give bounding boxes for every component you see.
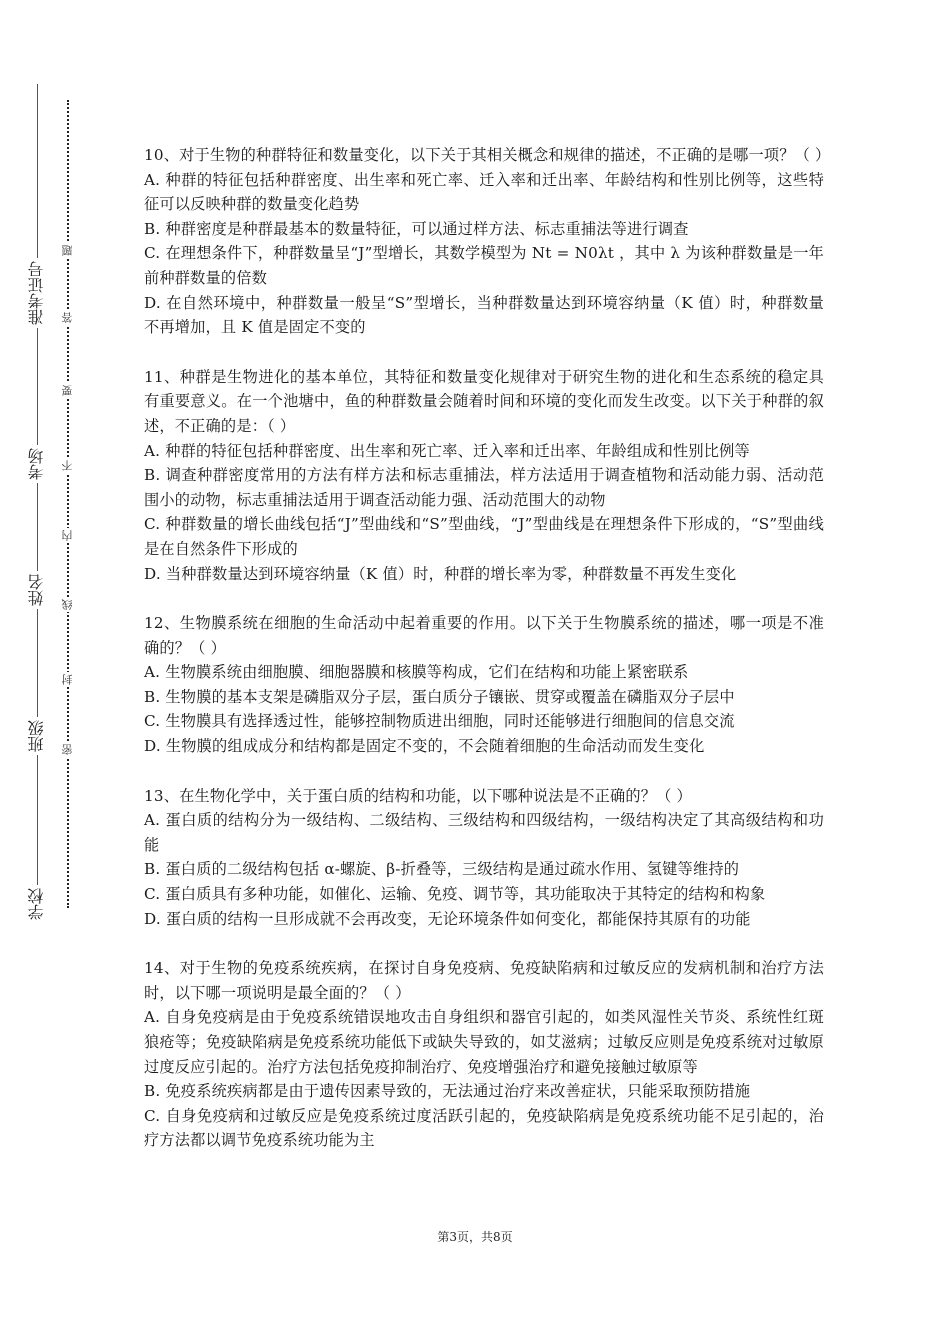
seal-char: 不 — [60, 458, 76, 473]
seal-char: 题 — [60, 243, 76, 258]
option-c: C. 生物膜具有选择透过性，能够控制物质进出细胞，同时还能够进行细胞间的信息交流 — [144, 709, 824, 734]
seal-char: 答 — [60, 310, 76, 325]
question-11: 11、种群是生物进化的基本单位，其特征和数量变化规律对于研究生物的进化和生态系统… — [144, 365, 824, 586]
option-b: B. 种群密度是种群最基本的数量特征，可以通过样方法、标志重捕法等进行调查 — [144, 217, 824, 242]
field-label-exam-id: 准考证号 — [21, 258, 53, 328]
question-14: 14、对于生物的免疫系统疾病，在探讨自身免疫病、免疫缺陷病和过敏反应的发病机制和… — [144, 956, 824, 1153]
field-label-class: 班级 — [21, 717, 53, 755]
option-a: A. 种群的特征包括种群密度、出生率和死亡率、迁入率和迁出率、年龄组成和性别比例… — [144, 439, 824, 464]
seal-char: 要 — [60, 383, 76, 398]
option-c: C. 在理想条件下，种群数量呈“J”型增长，其数学模型为 Nt = N0λt ，… — [144, 241, 824, 290]
question-stem: 10、对于生物的种群特征和数量变化，以下关于其相关概念和规律的描述，不正确的是哪… — [144, 143, 824, 168]
option-b: B. 免疫系统疾病都是由于遗传因素导致的，无法通过治疗来改善症状，只能采取预防措… — [144, 1079, 824, 1104]
option-b: B. 生物膜的基本支架是磷脂双分子层，蛋白质分子镶嵌、贯穿或覆盖在磷脂双分子层中 — [144, 685, 824, 710]
seal-char: 封 — [60, 672, 76, 687]
field-label-exam-room: 考场 — [21, 445, 53, 483]
option-d: D. 当种群数量达到环境容纳量（K 值）时，种群的增长率为零，种群数量不再发生变… — [144, 562, 824, 587]
question-list: 10、对于生物的种群特征和数量变化，以下关于其相关概念和规律的描述，不正确的是哪… — [144, 143, 824, 1178]
field-label-school: 学校 — [21, 885, 53, 923]
option-b: B. 调查种群密度常用的方法有样方法和标志重捕法，样方法适用于调查植物和活动能力… — [144, 463, 824, 512]
seal-char: 密 — [60, 742, 76, 757]
option-b: B. 蛋白质的二级结构包括 α-螺旋、β-折叠等，三级结构是通过疏水作用、氢键等… — [144, 857, 824, 882]
option-c: C. 蛋白质具有多种功能，如催化、运输、免疫、调节等，其功能取决于其特定的结构和… — [144, 882, 824, 907]
seal-char: 内 — [60, 528, 76, 543]
option-a: A. 种群的特征包括种群密度、出生率和死亡率、迁入率和迁出率、年龄结构和性别比例… — [144, 168, 824, 217]
binding-solid-line — [37, 84, 38, 910]
seal-dotted-line — [67, 100, 69, 908]
question-stem: 14、对于生物的免疫系统疾病，在探讨自身免疫病、免疫缺陷病和过敏反应的发病机制和… — [144, 956, 824, 1005]
option-a: A. 生物膜系统由细胞膜、细胞器膜和核膜等构成，它们在结构和功能上紧密联系 — [144, 660, 824, 685]
question-stem: 11、种群是生物进化的基本单位，其特征和数量变化规律对于研究生物的进化和生态系统… — [144, 365, 824, 439]
option-d: D. 生物膜的组成成分和结构都是固定不变的，不会随着细胞的生命活动而发生变化 — [144, 734, 824, 759]
question-12: 12、生物膜系统在细胞的生命活动中起着重要的作用。以下关于生物膜系统的描述，哪一… — [144, 611, 824, 759]
option-c: C. 自身免疫病和过敏反应是免疫系统过度活跃引起的，免疫缺陷病是免疫系统功能不足… — [144, 1104, 824, 1153]
question-13: 13、在生物化学中，关于蛋白质的结构和功能，以下哪种说法是不正确的？（ ） A.… — [144, 784, 824, 932]
question-stem: 12、生物膜系统在细胞的生命活动中起着重要的作用。以下关于生物膜系统的描述，哪一… — [144, 611, 824, 660]
field-label-name: 姓名 — [21, 571, 53, 609]
option-d: D. 蛋白质的结构一旦形成就不会再改变，无论环境条件如何变化，都能保持其原有的功… — [144, 907, 824, 932]
option-a: A. 蛋白质的结构分为一级结构、二级结构、三级结构和四级结构，一级结构决定了其高… — [144, 808, 824, 857]
option-d: D. 在自然环境中，种群数量一般呈“S”型增长，当种群数量达到环境容纳量（K 值… — [144, 291, 824, 340]
option-c: C. 种群数量的增长曲线包括“J”型曲线和“S”型曲线，“J”型曲线是在理想条件… — [144, 512, 824, 561]
page-number: 第3页，共8页 — [0, 1228, 950, 1245]
question-stem: 13、在生物化学中，关于蛋白质的结构和功能，以下哪种说法是不正确的？（ ） — [144, 784, 824, 809]
seal-char: 线 — [60, 597, 76, 612]
option-a: A. 自身免疫病是由于免疫系统错误地攻击自身组织和器官引起的，如类风湿性关节炎、… — [144, 1005, 824, 1079]
question-10: 10、对于生物的种群特征和数量变化，以下关于其相关概念和规律的描述，不正确的是哪… — [144, 143, 824, 340]
